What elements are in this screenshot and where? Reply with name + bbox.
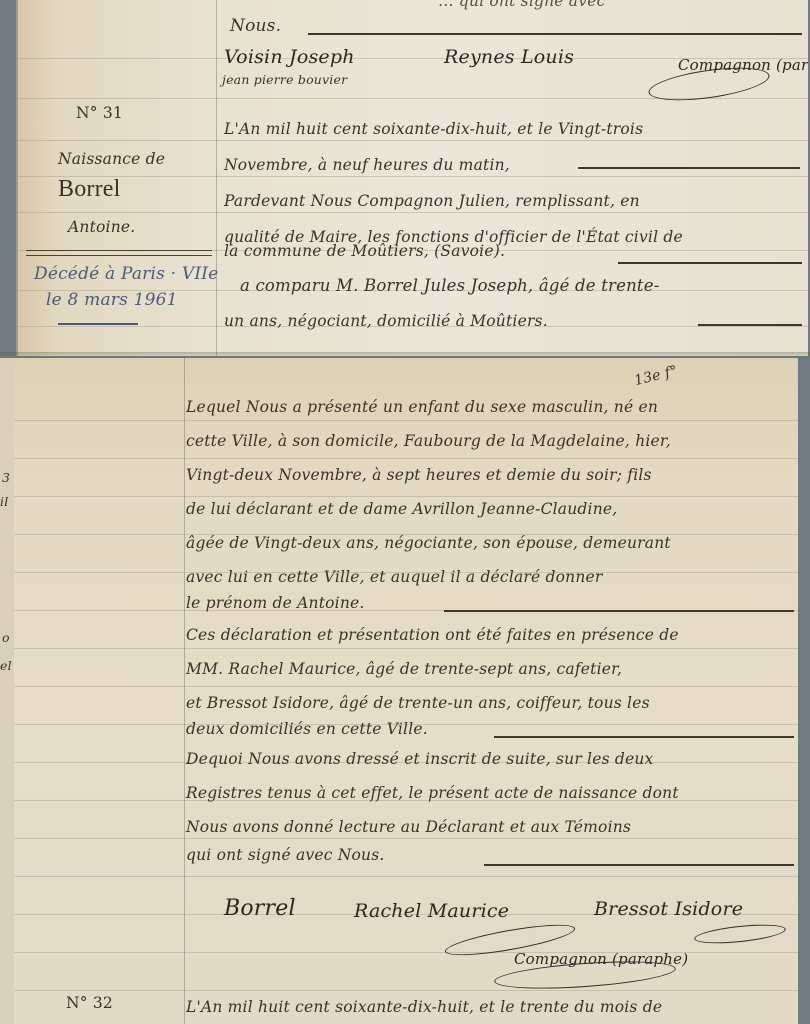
closing-dash: [484, 864, 794, 866]
body-line: Registres tenus à cet effet, le présent …: [186, 784, 679, 802]
margin-double-rule: [26, 250, 212, 256]
body-line: Lequel Nous a présenté un enfant du sexe…: [186, 398, 658, 416]
previous-act-tail-line1: … qui ont signé avec: [438, 0, 605, 10]
death-annotation-line2: le 8 mars 1961: [46, 290, 178, 310]
next-act-first-line: L'An mil huit cent soixante-dix-huit, et…: [186, 998, 662, 1016]
body-line: âgée de Vingt-deux ans, négociante, son …: [186, 534, 671, 552]
signature-flourish-icon: [693, 921, 786, 947]
previous-act-tail-line2: Nous.: [230, 16, 281, 36]
signature-bressot-isidore: Bressot Isidore: [594, 898, 743, 920]
ruled-line: [14, 458, 798, 459]
body-line: a comparu M. Borrel Jules Joseph, âgé de…: [240, 276, 659, 295]
body-line: Novembre, à neuf heures du matin,: [224, 156, 510, 174]
margin-surname: Borrel: [58, 176, 121, 203]
margin-title: Naissance de: [58, 150, 165, 168]
death-annotation-line1: Décédé à Paris · VIIe: [34, 264, 218, 284]
body-line: qui ont signé avec Nous.: [186, 846, 385, 864]
body-line: cette Ville, à son domicile, Faubourg de…: [186, 432, 671, 450]
closing-dash: [698, 324, 802, 326]
body-line: deux domiciliés en cette Ville.: [186, 720, 428, 738]
signature-borrel: Borrel: [224, 896, 296, 921]
body-line: Ces déclaration et présentation ont été …: [186, 626, 679, 644]
edge-fragment: o: [2, 630, 10, 645]
ruled-line: [14, 838, 798, 839]
body-line: Nous avons donné lecture au Déclarant et…: [186, 818, 631, 836]
next-act-number: N° 32: [66, 994, 113, 1012]
body-line: le prénom de Antoine.: [186, 594, 365, 612]
ruled-line: [14, 876, 798, 877]
edge-fragment: 3: [2, 470, 10, 485]
closing-dash: [618, 262, 802, 264]
body-line: Dequoi Nous avons dressé et inscrit de s…: [186, 750, 654, 768]
signature-jean-pierre-bouvier: jean pierre bouvier: [222, 72, 347, 87]
ruled-line: [14, 420, 798, 421]
body-line: L'An mil huit cent soixante-dix-huit, et…: [224, 120, 643, 138]
margin-given-name: Antoine.: [68, 218, 135, 236]
body-line: de lui déclarant et de dame Avrillon Jea…: [186, 500, 617, 518]
signature-reynes-louis: Reynes Louis: [444, 46, 574, 68]
body-line: Vingt-deux Novembre, à sept heures et de…: [186, 466, 652, 484]
margin-line: [216, 0, 217, 356]
adjacent-page-edge: 3 il o el: [0, 358, 15, 1024]
body-line: avec lui en cette Ville, et auquel il a …: [186, 568, 603, 586]
ruled-line: [14, 990, 798, 991]
ruled-line: [18, 212, 808, 213]
body-line: la commune de Moûtiers, (Savoie).: [224, 242, 505, 260]
ruled-line: [14, 496, 798, 497]
ruled-line: [14, 686, 798, 687]
act-number: N° 31: [76, 104, 123, 122]
closing-dash: [578, 167, 800, 169]
body-line: et Bressot Isidore, âgé de trente-un ans…: [186, 694, 650, 712]
closing-dash: [308, 33, 802, 35]
edge-fragment: el: [0, 658, 12, 673]
folio-number: 13e f°: [633, 363, 680, 389]
ruled-line: [18, 140, 808, 141]
body-line: un ans, négociant, domicilié à Moûtiers.: [224, 312, 548, 330]
signature-voisin-joseph: Voisin Joseph: [224, 46, 355, 68]
body-line: Pardevant Nous Compagnon Julien, remplis…: [224, 192, 640, 210]
register-page-top: … qui ont signé avec Nous. Voisin Joseph…: [16, 0, 808, 356]
register-page-bottom: 13e f° Lequel Nous a présenté un enfant …: [14, 358, 798, 1024]
closing-dash: [444, 610, 794, 612]
edge-fragment: il: [0, 494, 8, 509]
closing-dash: [494, 736, 794, 738]
body-line: MM. Rachel Maurice, âgé de trente-sept a…: [186, 660, 622, 678]
ruled-line: [18, 176, 808, 177]
ruled-line: [14, 648, 798, 649]
annotation-underline: [58, 323, 138, 325]
signature-rachel-maurice: Rachel Maurice: [354, 900, 509, 922]
